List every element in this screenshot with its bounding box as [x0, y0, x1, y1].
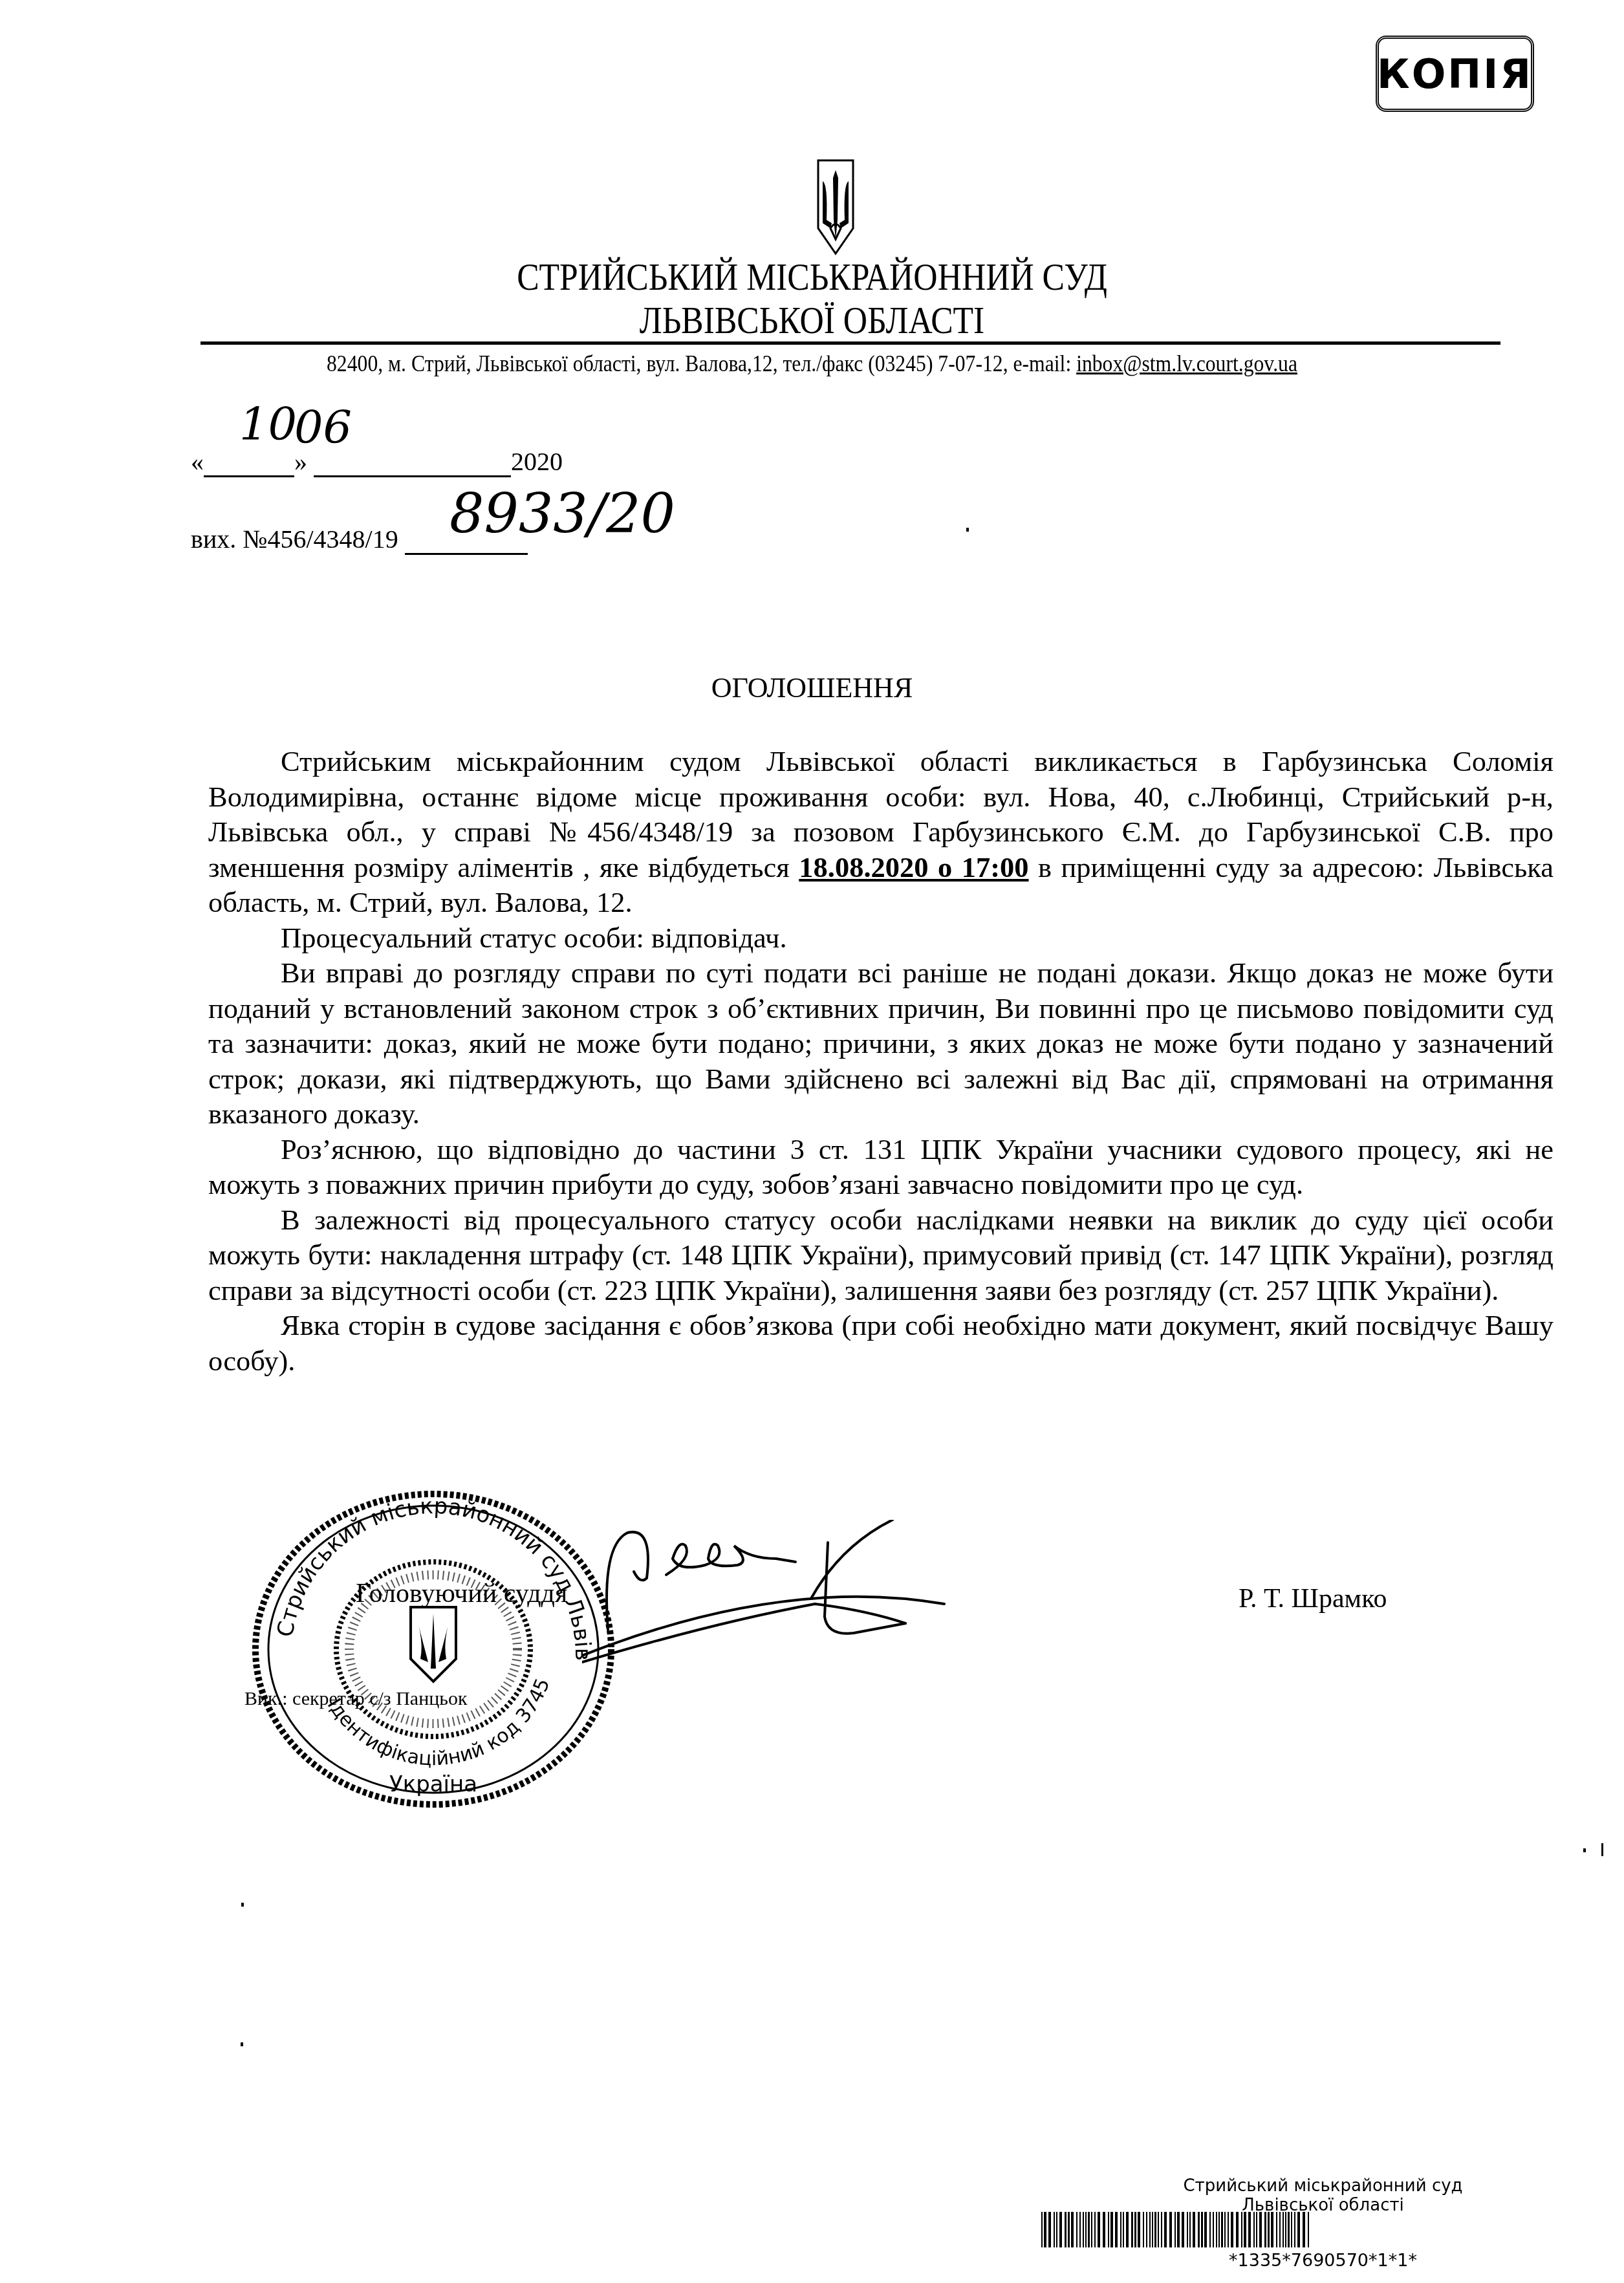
handwritten-outgoing-number: 8933/20 [449, 482, 675, 545]
footer-court-line1: Стрийський міськрайонний суд [1022, 2176, 1624, 2196]
footer-court-label: Стрийський міськрайонний суд Львівської … [1022, 2176, 1624, 2215]
copy-stamp: КОПІЯ [1376, 36, 1534, 112]
paragraph-consequences: В залежності від процесуального статусу … [208, 1202, 1554, 1308]
court-name: СТРИЙСЬКИЙ МІСЬКРАЙОННИЙ СУД [114, 255, 1510, 298]
date-line: «» 2020 [191, 446, 563, 477]
handwritten-month: 06 [294, 401, 352, 454]
email-link[interactable]: inbox@stm.lv.court.gov.ua [1076, 351, 1297, 376]
secretary-name: Вик.: секретар с/з Панцьок [244, 1688, 468, 1710]
scan-speck [241, 2042, 243, 2046]
judge-name: Р. Т. Шрамко [1239, 1583, 1387, 1614]
paragraph-attendance: Явка сторін в судове засідання є обов’яз… [208, 1308, 1554, 1378]
barcode [1041, 2212, 1313, 2251]
scan-speck [241, 1903, 244, 1907]
header-divider [200, 341, 1500, 345]
ukraine-trident-icon [816, 158, 855, 255]
svg-text:Україна: Україна [389, 1771, 477, 1797]
judge-label: Головуючий суддя [356, 1578, 567, 1609]
day-blank [204, 456, 294, 477]
date-open-quote: « [191, 447, 204, 476]
hearing-datetime: 18.08.2020 о 17:00 [799, 851, 1028, 883]
paragraph-summons: Стрийським міськрайонним судом Львівсько… [208, 744, 1554, 920]
date-year: 2020 [511, 447, 563, 476]
scan-speck [1601, 1843, 1603, 1856]
outgoing-label: вих. №456/4348/19 [191, 525, 398, 554]
paragraph-evidence: Ви вправі до розгляду справи по суті под… [208, 955, 1554, 1132]
document-body: Стрийським міськрайонним судом Львівсько… [208, 744, 1554, 1378]
scan-speck [1583, 1848, 1586, 1852]
barcode-text: *1335*7690570*1*1* [1022, 2251, 1624, 2271]
copy-stamp-label: КОПІЯ [1377, 50, 1533, 98]
paragraph-notice: Роз’яснюю, що відповідно до частини 3 ст… [208, 1132, 1554, 1202]
court-address: 82400, м. Стрий, Львівської області, вул… [98, 349, 1527, 378]
address-text: 82400, м. Стрий, Львівської області, вул… [327, 351, 1076, 376]
judge-signature [582, 1520, 1294, 1688]
document-title: ОГОЛОШЕННЯ [0, 671, 1624, 705]
handwritten-day: 10 [239, 398, 297, 451]
court-region: ЛЬВІВСЬКОЇ ОБЛАСТІ [114, 299, 1510, 341]
court-seal-icon: Стрийський міськрайонний суд Львівської … [246, 1488, 621, 1811]
paragraph-status: Процесуальний статус особи: відповідач. [208, 920, 1554, 956]
scan-speck [966, 528, 969, 532]
month-blank [314, 456, 511, 477]
